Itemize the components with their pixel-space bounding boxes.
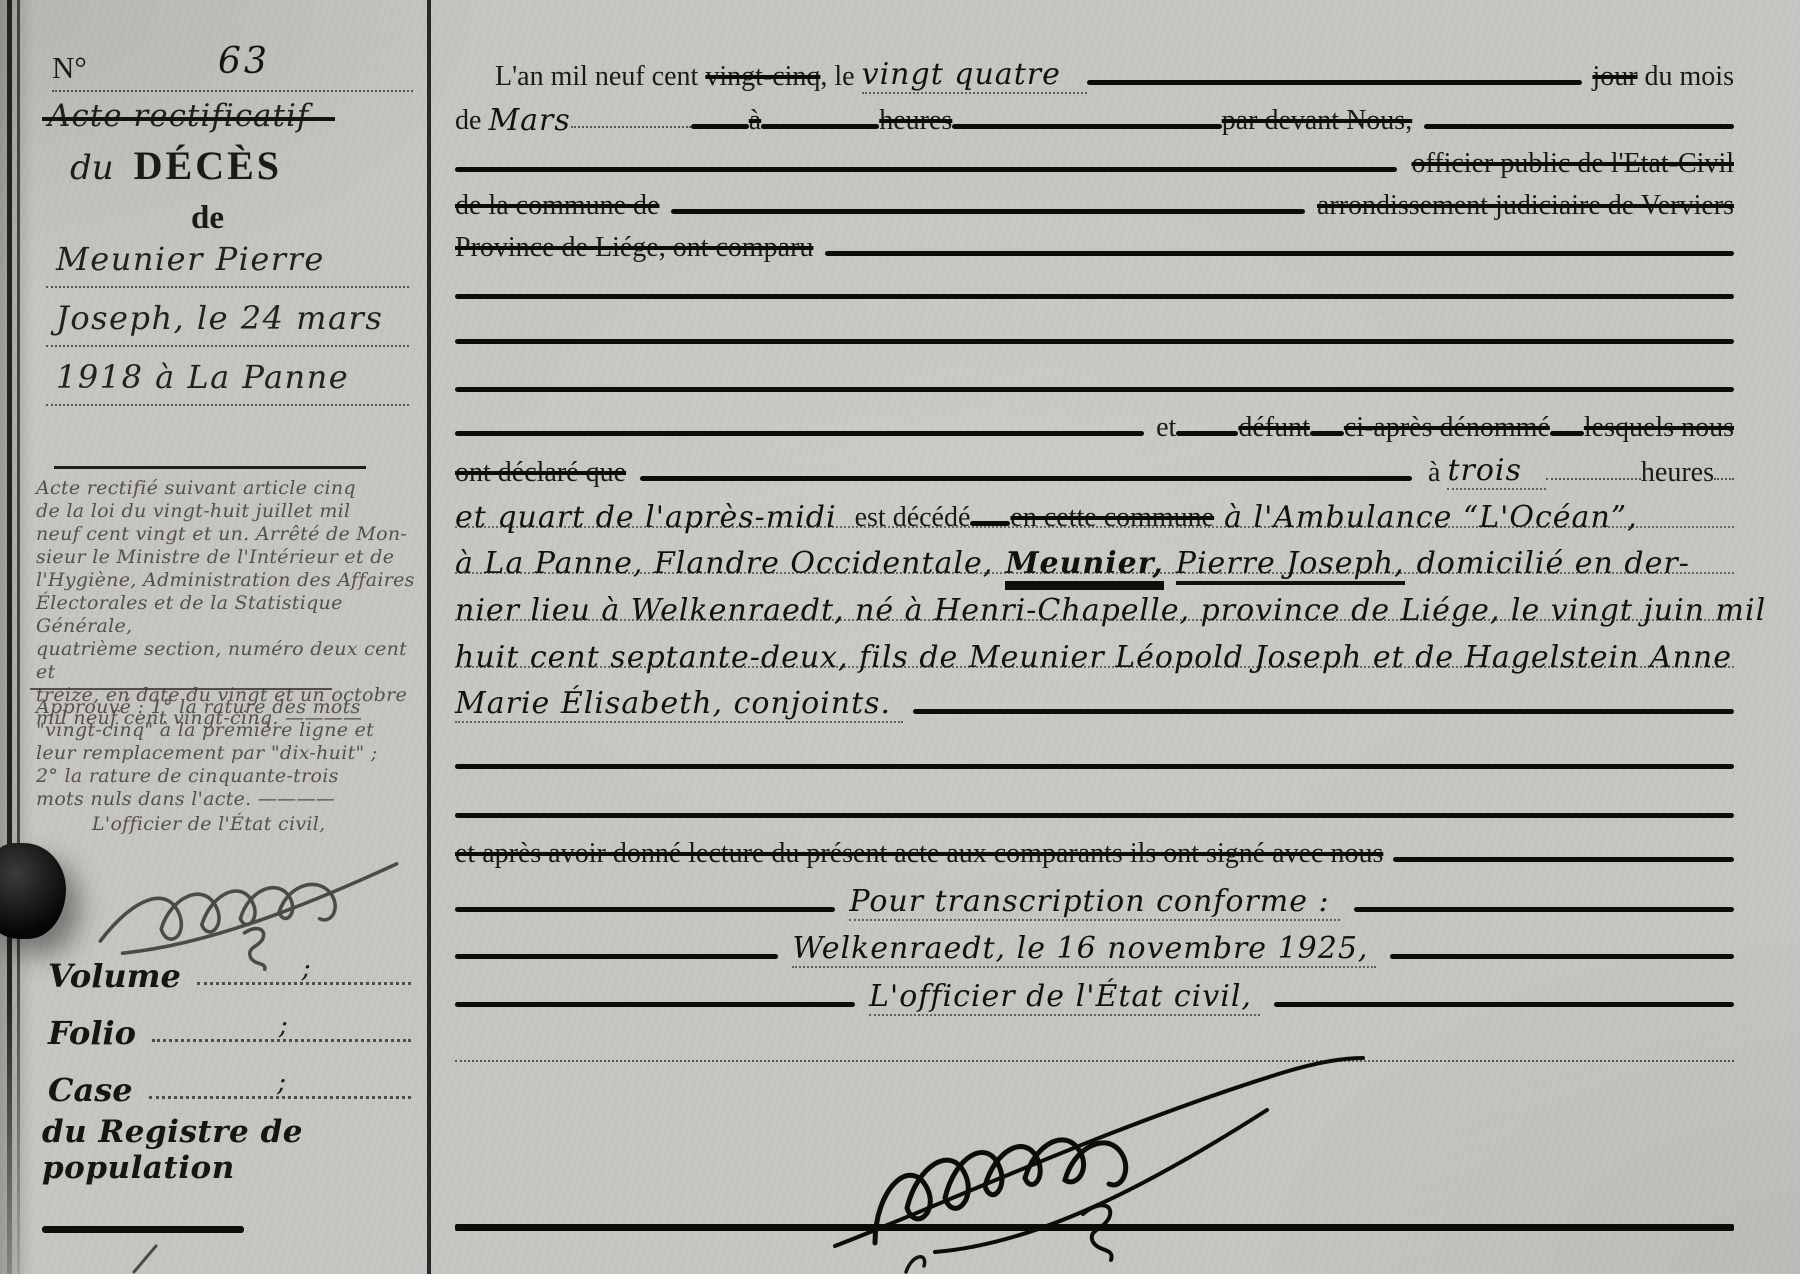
printed-text-struck: heures: [879, 107, 952, 138]
ink-strike-line: [455, 813, 1734, 818]
printed-form-text: heures: [1641, 459, 1714, 490]
ink-strike-line: [455, 764, 1734, 769]
ink-strike-line: [455, 954, 778, 959]
handwritten-entry: vingt quatre: [862, 60, 1087, 94]
printed-text-struck: ont déclaré que: [455, 459, 626, 490]
ink-strike-line: [455, 387, 1734, 392]
form-line: officier public de l'Etat-Civil: [455, 135, 1734, 181]
pencil-stroke-fragment: [126, 1244, 166, 1274]
form-line: L'officier de l'État civil,: [455, 970, 1734, 1016]
printed-text-struck: en cette commune: [1010, 504, 1214, 535]
form-line: [455, 732, 1734, 778]
printed-text-struck: jour: [1592, 63, 1637, 94]
spacer: [1383, 869, 1393, 871]
ink-strike-line: [1424, 124, 1734, 129]
printed-form-text: L'an mil neuf cent: [495, 63, 705, 94]
spacer: [855, 1014, 869, 1016]
form-line: de Marsàheurespar devant Nous,: [455, 92, 1734, 138]
printed-form-text: du mois: [1638, 63, 1734, 94]
printed-text-struck: Province de Liége, ont comparu: [455, 234, 813, 265]
handwritten-entry: trois: [1447, 456, 1545, 490]
ink-strike-line: [455, 167, 1397, 172]
form-line: Province de Liége, ont comparu: [455, 219, 1734, 265]
ink-strike-line: [1310, 431, 1344, 436]
ink-strike-line: [455, 1002, 855, 1007]
spacer: [1340, 919, 1354, 921]
handwritten-entry: Pour transcription conforme :: [849, 887, 1339, 921]
handwritten-underlined: Pierre Joseph,: [1176, 549, 1405, 581]
scanned-death-record-page: N° 63 Acte rectificatif du DÉCÈS de Meun…: [0, 0, 1800, 1274]
ink-strike-line: [455, 294, 1734, 299]
ink-strike-line: [761, 124, 879, 129]
dotted-rule: [1714, 478, 1734, 480]
ink-strike-line: [1390, 954, 1734, 959]
spacer: [778, 966, 792, 968]
form-line: etdéfuntci-après dénommélesquels nous: [455, 399, 1734, 445]
handwritten-text: nier lieu à Welkenraedt, né à Henri-Chap…: [455, 596, 1766, 628]
ink-strike-line: [671, 209, 1305, 214]
ink-strike-line: [952, 124, 1221, 129]
ink-strike-line: [1393, 857, 1734, 862]
ink-strike-line: [640, 476, 1412, 481]
printed-form-text: est décédé: [855, 504, 971, 535]
ink-strike-line: [1274, 1002, 1734, 1007]
officer-signature: [815, 1038, 1385, 1268]
spacer: [1164, 579, 1176, 581]
handwritten-text: domicilié en der-: [1417, 549, 1690, 581]
handwritten-entry: Marie Élisabeth, conjoints.: [455, 689, 903, 723]
printed-form-text: à: [1428, 459, 1447, 490]
handwritten-text: Mars: [488, 106, 570, 138]
form-line: [455, 262, 1734, 308]
handwritten-text: à l'Ambulance “L'Océan”,: [1224, 503, 1638, 535]
form-line: ont déclaré queà troisheures: [455, 444, 1734, 490]
handwritten-text: et quart de l'après-midi: [455, 503, 837, 535]
form-line: de la commune dearrondissement judiciair…: [455, 177, 1734, 223]
handwritten-surname-underlined: Meunier,: [1005, 549, 1163, 581]
ink-strike-line: [1087, 80, 1583, 85]
ink-stroke-fragment: [898, 1250, 942, 1274]
printed-text-struck: défunt: [1238, 414, 1310, 445]
ink-strike-line: [455, 339, 1734, 344]
ink-strike-line: [455, 907, 835, 912]
printed-text-struck: ci-après dénommé: [1344, 414, 1550, 445]
printed-text-struck: par devant Nous,: [1222, 107, 1413, 138]
form-line: et après avoir donné lecture du présent …: [455, 825, 1734, 871]
ink-strike-line: [455, 431, 1144, 436]
printed-text-struck: à: [749, 107, 761, 138]
printed-form-text: , le: [820, 63, 861, 94]
spacer: [903, 721, 913, 723]
form-line: et quart de l'après-midiest décédéen cet…: [455, 489, 1734, 535]
form-line: à La Panne, Flandre Occidentale,Meunier,…: [455, 535, 1734, 581]
ink-strike-line: [970, 521, 1010, 526]
ink-strike-line: [691, 124, 749, 129]
ink-strike-line: [1354, 907, 1734, 912]
spacer: [1260, 1014, 1274, 1016]
ink-strike-line: [1550, 431, 1584, 436]
dotted-rule: [571, 126, 691, 128]
handwritten-text: à La Panne, Flandre Occidentale,: [455, 549, 993, 581]
ink-strike-line: [825, 251, 1734, 256]
form-line: [455, 781, 1734, 827]
printed-text-struck: lesquels nous: [1584, 414, 1734, 445]
ink-strike-line: [1176, 431, 1238, 436]
form-line: [455, 307, 1734, 353]
form-line: Pour transcription conforme :: [455, 875, 1734, 921]
printed-text-struck: et après avoir donné lecture du présent …: [455, 840, 1383, 871]
form-line: Welkenraedt, le 16 novembre 1925,: [455, 922, 1734, 968]
spacer: [1376, 966, 1390, 968]
dotted-rule: [1546, 478, 1641, 480]
handwritten-entry: Welkenraedt, le 16 novembre 1925,: [792, 934, 1376, 968]
handwritten-entry: L'officier de l'État civil,: [869, 982, 1260, 1016]
spacer: [1405, 579, 1417, 581]
spacer: [835, 919, 849, 921]
printed-form-text: et: [1156, 414, 1176, 445]
form-line: huit cent septante-deux, fils de Meunier…: [455, 629, 1734, 675]
printed-form-text: de: [455, 107, 488, 138]
ink-strike-line: [913, 709, 1734, 714]
form-line: L'an mil neuf cent vingt-cinq, le vingt …: [495, 48, 1734, 94]
form-line: nier lieu à Welkenraedt, né à Henri-Chap…: [455, 582, 1734, 628]
printed-text-struck: vingt-cinq: [705, 63, 820, 94]
form-line: Marie Élisabeth, conjoints.: [455, 677, 1734, 723]
form-line: [455, 355, 1734, 401]
handwritten-text: huit cent septante-deux, fils de Meunier…: [455, 643, 1732, 675]
spacer: [993, 579, 1005, 581]
